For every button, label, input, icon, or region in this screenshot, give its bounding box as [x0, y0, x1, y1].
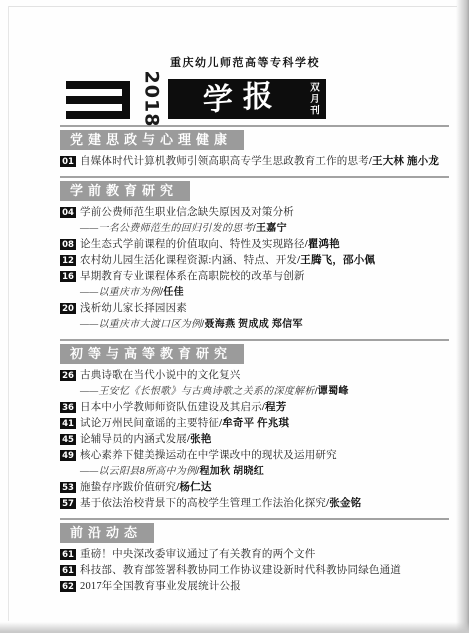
article-title: 农村幼儿园生活化课程资源:内涵、特点、开发/王腾飞，邵小佩 — [80, 255, 375, 267]
article-title: 早期教育专业课程体系在高职院校的改革与创新 — [80, 271, 305, 283]
page-number-badge: 53 — [60, 482, 76, 493]
journal-title-box: 学报 双月刊 — [168, 79, 326, 119]
toc-item: 16早期教育专业课程体系在高职院校的改革与创新 — [60, 271, 449, 283]
article-title: 试论万州民间童谣的主要特征/牟奇平 仵兆琪 — [80, 418, 289, 430]
section-title: 前沿动态 — [70, 525, 142, 540]
article-title: 核心素养下健美操运动在中学课改中的现状及运用研究 — [80, 450, 337, 462]
article-authors: /杨仁达 — [176, 482, 211, 493]
article-title: 学前公费师范生职业信念缺失原因及对策分析 — [80, 207, 294, 219]
toc-item: 36日本中小学教师师资队伍建设及其启示/程芳 — [60, 402, 449, 414]
toc-item: 61重磅！中央深改委审议通过了有关教育的两个文件 — [60, 549, 449, 561]
page-number-badge: 08 — [60, 239, 76, 250]
page-number-badge: 04 — [60, 207, 76, 218]
page-number-badge: 26 — [60, 370, 76, 381]
page-number-badge: 36 — [60, 402, 76, 413]
section-divider — [60, 518, 449, 520]
article-title: 日本中小学教师师资队伍建设及其启示/程芳 — [80, 402, 286, 414]
section-title-bar: 党建思政与心理健康 — [60, 130, 244, 150]
scan-edge-bottom — [0, 622, 469, 633]
section-items: 04学前公费师范生职业信念缺失原因及对策分析——一名公费师范生的回归引发的思考/… — [60, 207, 449, 331]
section: 初等与高等教育研究26古典诗歌在当代小说中的文化复兴——王安忆《长恨歌》与古典诗… — [60, 339, 449, 510]
section: 前沿动态61重磅！中央深改委审议通过了有关教育的两个文件61科技部、教育部签署科… — [60, 518, 449, 593]
article-subtitle: ——以云阳县8所高中为例/程加秋 胡晓红 — [80, 466, 449, 478]
page-number-badge: 16 — [60, 271, 76, 282]
frequency-label: 双月刊 — [308, 82, 327, 117]
toc-item: 622017年全国教育事业发展统计公报 — [60, 581, 449, 593]
masthead: 2018 重庆幼儿师范高等专科学校 学报 双月刊 — [66, 54, 449, 119]
section-title-bar: 前沿动态 — [60, 523, 154, 543]
school-name: 重庆幼儿师范高等专科学校 — [170, 54, 326, 70]
article-subtitle-authors: /谭蜀峰 — [315, 386, 349, 397]
article-subtitle-authors: /任佳 — [160, 287, 184, 298]
article-authors: /瞿鸿艳 — [305, 239, 340, 250]
toc-item: 57基于依法治校背景下的高校学生管理工作法治化探究/张金铭 — [60, 498, 449, 510]
article-title: 重磅！中央深改委审议通过了有关教育的两个文件 — [80, 549, 315, 561]
article-authors: /张金铭 — [326, 498, 361, 509]
toc-item: 08论生态式学前课程的价值取向、特性及实现路径/瞿鸿艳 — [60, 239, 449, 251]
page-number-badge: 41 — [60, 418, 76, 429]
toc-item: 01自媒体时代计算机教师引领高职高专学生思政教育工作的思考/王大林 施小龙 — [60, 156, 449, 168]
article-title: 2017年全国教育事业发展统计公报 — [80, 581, 241, 593]
toc-item: 26古典诗歌在当代小说中的文化复兴 — [60, 370, 449, 382]
page-number-badge: 01 — [60, 156, 76, 167]
page-number-badge: 61 — [60, 565, 76, 576]
article-subtitle: ——一名公费师范生的回归引发的思考/王嘉宁 — [80, 223, 449, 235]
section-divider — [60, 125, 449, 127]
toc-item: 53施蛰存序跋价值研究/杨仁达 — [60, 482, 449, 494]
section: 党建思政与心理健康01自媒体时代计算机教师引领高职高专学生思政教育工作的思考/王… — [60, 125, 449, 168]
section-title-bar: 学前教育研究 — [60, 181, 190, 201]
toc-item: 04学前公费师范生职业信念缺失原因及对策分析 — [60, 207, 449, 219]
section-divider — [60, 176, 449, 178]
article-subtitle: ——以重庆市大渡口区为例/聂海燕 贺成成 郑信军 — [80, 319, 449, 331]
toc-item: 49核心素养下健美操运动在中学课改中的现状及运用研究 — [60, 450, 449, 462]
page-number-badge: 62 — [60, 581, 76, 592]
article-authors: /牟奇平 仵兆琪 — [219, 418, 289, 429]
toc-item: 20浅析幼儿家长择园因素 — [60, 303, 449, 315]
article-title: 施蛰存序跋价值研究/杨仁达 — [80, 482, 212, 494]
page-number-badge: 57 — [60, 498, 76, 509]
page-number-badge: 12 — [60, 255, 76, 266]
section-title: 党建思政与心理健康 — [70, 132, 232, 147]
scan-edge-left — [8, 6, 9, 621]
page-number-badge: 20 — [60, 303, 76, 314]
toc-page: 2018 重庆幼儿师范高等专科学校 学报 双月刊 党建思政与心理健康01自媒体时… — [60, 54, 449, 601]
issue-bars-logo-icon — [66, 81, 130, 119]
article-subtitle: ——王安忆《长恨歌》与古典诗歌之关系的深度解析/谭蜀峰 — [80, 386, 449, 398]
scan-edge-right — [456, 0, 469, 633]
article-subtitle: ——以重庆市为例/任佳 — [80, 287, 449, 299]
toc-item: 61科技部、教育部签署科教协同工作协议建设新时代科教协同绿色通道 — [60, 565, 449, 577]
scan-edge-top — [8, 6, 457, 7]
article-subtitle-authors: /程加秋 胡晓红 — [196, 466, 264, 477]
article-title: 论辅导员的内涵式发展/张艳 — [80, 434, 212, 446]
article-authors: /王大林 施小龙 — [369, 156, 439, 167]
journal-title: 学报 — [168, 74, 307, 124]
toc-item: 45论辅导员的内涵式发展/张艳 — [60, 434, 449, 446]
article-authors: /王腾飞，邵小佩 — [297, 255, 375, 266]
toc-sections: 党建思政与心理健康01自媒体时代计算机教师引领高职高专学生思政教育工作的思考/王… — [60, 125, 449, 593]
page-number-badge: 61 — [60, 549, 76, 560]
section-items: 26古典诗歌在当代小说中的文化复兴——王安忆《长恨歌》与古典诗歌之关系的深度解析… — [60, 370, 449, 510]
article-subtitle-authors: /聂海燕 贺成成 郑信军 — [201, 319, 302, 330]
section-title: 初等与高等教育研究 — [70, 346, 232, 361]
year-label: 2018 — [138, 79, 164, 119]
toc-item: 41试论万州民间童谣的主要特征/牟奇平 仵兆琪 — [60, 418, 449, 430]
article-title: 科技部、教育部签署科教协同工作协议建设新时代科教协同绿色通道 — [80, 565, 401, 577]
section-items: 01自媒体时代计算机教师引领高职高专学生思政教育工作的思考/王大林 施小龙 — [60, 156, 449, 168]
page-number-badge: 49 — [60, 450, 76, 461]
masthead-right: 重庆幼儿师范高等专科学校 学报 双月刊 — [168, 54, 326, 119]
section-title: 学前教育研究 — [70, 183, 178, 198]
article-authors: /张艳 — [187, 434, 212, 445]
article-title: 自媒体时代计算机教师引领高职高专学生思政教育工作的思考/王大林 施小龙 — [80, 156, 439, 168]
article-subtitle-authors: /王嘉宁 — [253, 223, 287, 234]
section: 学前教育研究04学前公费师范生职业信念缺失原因及对策分析——一名公费师范生的回归… — [60, 176, 449, 331]
article-title: 论生态式学前课程的价值取向、特性及实现路径/瞿鸿艳 — [80, 239, 340, 251]
article-title: 浅析幼儿家长择园因素 — [80, 303, 187, 315]
section-title-bar: 初等与高等教育研究 — [60, 344, 244, 364]
year-text: 2018 — [140, 71, 162, 128]
article-authors: /程芳 — [262, 402, 287, 413]
section-items: 61重磅！中央深改委审议通过了有关教育的两个文件61科技部、教育部签署科教协同工… — [60, 549, 449, 593]
page-number-badge: 45 — [60, 434, 76, 445]
article-title: 基于依法治校背景下的高校学生管理工作法治化探究/张金铭 — [80, 498, 361, 510]
article-title: 古典诗歌在当代小说中的文化复兴 — [80, 370, 241, 382]
section-divider — [60, 339, 449, 341]
toc-item: 12农村幼儿园生活化课程资源:内涵、特点、开发/王腾飞，邵小佩 — [60, 255, 449, 267]
